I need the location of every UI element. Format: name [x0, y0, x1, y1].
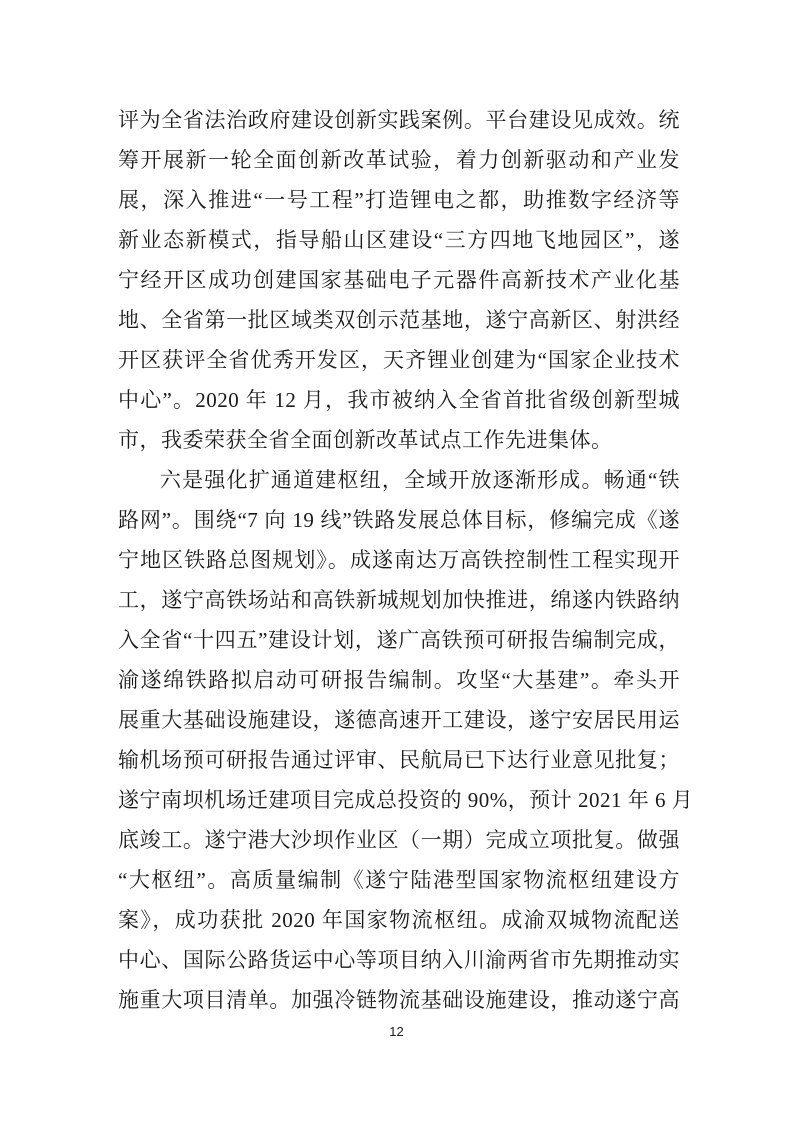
text-line: 中心”。2020 年 12 月，我市被纳入全省首批省级创新型城: [118, 380, 680, 420]
text-line: 渝遂绵铁路拟启动可研报告编制。攻坚“大基建”。牵头开: [118, 660, 680, 700]
text-line: 展重大基础设施建设，遂德高速开工建设，遂宁安居民用运: [118, 700, 680, 740]
text-line: 六是强化扩通道建枢纽，全域开放逐渐形成。畅通“铁: [118, 460, 680, 500]
page-number: 12: [0, 1024, 793, 1039]
text-line: 市，我委荣获全省全面创新改革试点工作先进集体。: [118, 420, 680, 460]
text-line: 新业态新模式，指导船山区建设“三方四地飞地园区”，遂: [118, 220, 680, 260]
text-line: 宁地区铁路总图规划》。成遂南达万高铁控制性工程实现开: [118, 540, 680, 580]
paragraph-2: 六是强化扩通道建枢纽，全域开放逐渐形成。畅通“铁 路网”。围绕“7 向 19 线…: [118, 460, 680, 1020]
text-line: 评为全省法治政府建设创新实践案例。平台建设见成效。统: [118, 100, 680, 140]
text-line: 展，深入推进“一号工程”打造锂电之都，助推数字经济等: [118, 180, 680, 220]
document-body: 评为全省法治政府建设创新实践案例。平台建设见成效。统 筹开展新一轮全面创新改革试…: [118, 100, 680, 1020]
text-line: 筹开展新一轮全面创新改革试验，着力创新驱动和产业发: [118, 140, 680, 180]
text-line: 地、全省第一批区域类双创示范基地，遂宁高新区、射洪经: [118, 300, 680, 340]
document-page: 评为全省法治政府建设创新实践案例。平台建设见成效。统 筹开展新一轮全面创新改革试…: [0, 0, 793, 1122]
text-line: 开区获评全省优秀开发区，天齐锂业创建为“国家企业技术: [118, 340, 680, 380]
text-line: 入全省“十四五”建设计划，遂广高铁预可研报告编制完成，: [118, 620, 680, 660]
text-line: “大枢纽”。高质量编制《遂宁陆港型国家物流枢纽建设方: [118, 860, 680, 900]
text-line: 中心、国际公路货运中心等项目纳入川渝两省市先期推动实: [118, 940, 680, 980]
text-line: 宁经开区成功创建国家基础电子元器件高新技术产业化基: [118, 260, 680, 300]
text-line: 路网”。围绕“7 向 19 线”铁路发展总体目标，修编完成《遂: [118, 500, 680, 540]
text-line: 输机场预可研报告通过评审、民航局已下达行业意见批复；: [118, 740, 680, 780]
text-line: 案》，成功获批 2020 年国家物流枢纽。成渝双城物流配送: [118, 900, 680, 940]
text-line: 遂宁南坝机场迁建项目完成总投资的 90%，预计 2021 年 6 月: [118, 780, 680, 820]
text-line: 底竣工。遂宁港大沙坝作业区（一期）完成立项批复。做强: [118, 820, 680, 860]
text-line: 工，遂宁高铁场站和高铁新城规划加快推进，绵遂内铁路纳: [118, 580, 680, 620]
paragraph-1: 评为全省法治政府建设创新实践案例。平台建设见成效。统 筹开展新一轮全面创新改革试…: [118, 100, 680, 460]
text-line: 施重大项目清单。加强冷链物流基础设施建设，推动遂宁高: [118, 980, 680, 1020]
